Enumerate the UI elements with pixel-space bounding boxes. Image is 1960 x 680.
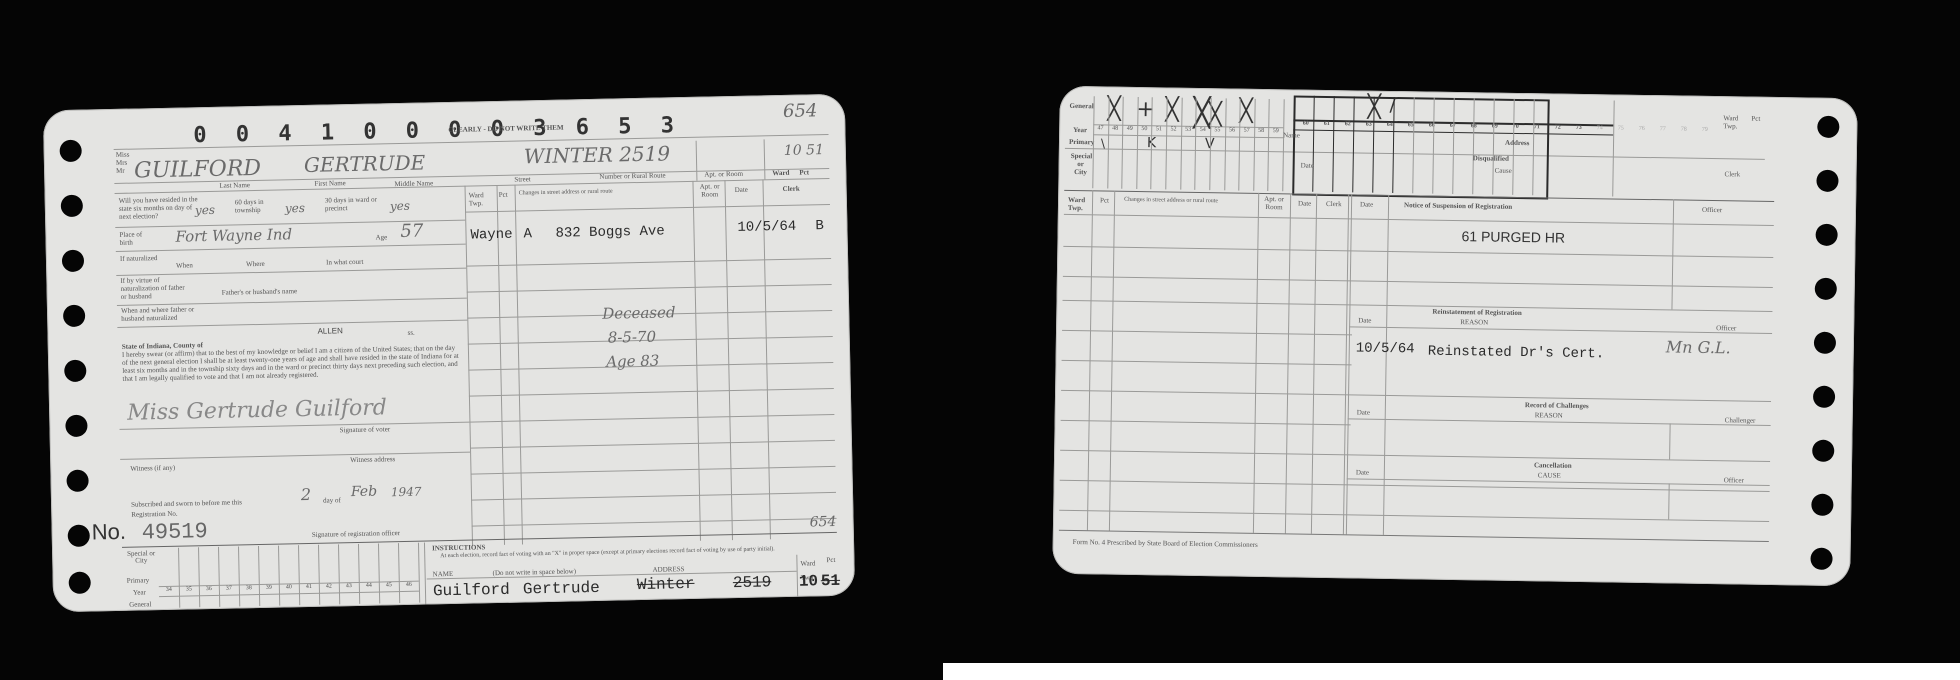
subscribed-label: Subscribed and sworn to before me this xyxy=(131,498,242,508)
divider xyxy=(238,546,240,606)
label-last-name: Last Name xyxy=(219,181,250,190)
divider xyxy=(424,543,426,605)
challenges-title: Record of Challenges xyxy=(1525,401,1589,410)
divider xyxy=(471,492,836,501)
label-apt: Apt. or Room xyxy=(704,170,743,179)
divider xyxy=(178,548,180,608)
divider xyxy=(1238,99,1240,191)
year-cell: 36 xyxy=(199,586,219,592)
punch-hole xyxy=(62,250,84,272)
court-label: In what court xyxy=(326,258,363,267)
divider xyxy=(1061,420,1351,426)
voting-history-grid: Special or City Primary Year General 34 … xyxy=(122,543,423,609)
year-cell: 78 xyxy=(1673,126,1694,132)
inner-label-name: Name xyxy=(1283,131,1300,139)
divider xyxy=(469,414,834,423)
cancellation-date-label: Date xyxy=(1356,468,1369,476)
col-suspension-officer: Officer xyxy=(1702,206,1722,214)
year-cell: 76 xyxy=(1631,126,1652,132)
registration-card-front: 0 0 4 1 0 0 0 0 3 6 5 3 CLEARLY - DO NOT… xyxy=(43,94,855,613)
subscribed-month: Feb xyxy=(351,484,378,501)
punch-hole xyxy=(63,305,85,327)
top-ward-label: Ward Twp. xyxy=(1723,114,1743,130)
ss-label: ss. xyxy=(407,329,414,337)
cancellation-cause-label: CAUSE xyxy=(1538,471,1561,479)
subscribed-day: 2 xyxy=(301,485,312,504)
where-label: Where xyxy=(246,260,265,268)
divider xyxy=(120,452,470,460)
year-cell: 66 xyxy=(1421,122,1442,128)
voting-record-grid: General Year Primary Special or City 47 … xyxy=(1064,96,1765,199)
form-note: Form No. 4 Prescribed by State Board of … xyxy=(1073,538,1258,549)
divider xyxy=(1063,276,1773,288)
year-cell: 50 xyxy=(1137,126,1152,132)
punch-hole xyxy=(1810,548,1832,570)
year-cell: 62 xyxy=(1337,121,1358,127)
year-cell: 44 xyxy=(359,583,379,589)
divider xyxy=(1121,97,1123,189)
year-cell: 41 xyxy=(299,584,319,590)
number-prefix: No. xyxy=(91,519,126,546)
year-cell: 70 xyxy=(1505,124,1526,130)
ward-pct-handwritten: 10 51 xyxy=(784,142,824,159)
divider xyxy=(418,543,420,603)
divider xyxy=(1060,480,1770,492)
naturalized-label: If naturalized xyxy=(120,254,164,263)
col-changes: Changes in street address or rural route xyxy=(519,189,613,197)
year-cell: 57 xyxy=(1239,128,1254,134)
year-cell: 34 xyxy=(159,587,179,593)
year-cell: 79 xyxy=(1694,127,1715,133)
punch-hole xyxy=(1811,494,1833,516)
challenges-date-label: Date xyxy=(1357,408,1370,416)
divider xyxy=(1060,450,1770,462)
row-date: 10/5/64 xyxy=(737,219,796,236)
year-cell: 40 xyxy=(279,584,299,590)
divider xyxy=(469,388,834,397)
divider xyxy=(258,546,260,606)
punch-hole xyxy=(61,195,83,217)
year-cell: 45 xyxy=(379,582,399,588)
divider xyxy=(724,180,733,540)
col-date: Date xyxy=(735,186,748,194)
divider xyxy=(764,139,766,179)
divider xyxy=(1253,99,1255,191)
divider xyxy=(1059,510,1769,522)
divider xyxy=(198,547,200,607)
divider xyxy=(338,544,340,604)
punch-hole xyxy=(1812,440,1834,462)
label-ward: Ward xyxy=(772,169,789,177)
age-label: Age xyxy=(375,233,387,241)
year-cell: 46 xyxy=(399,582,419,588)
divider xyxy=(1165,97,1167,189)
row-label-special: Special or City xyxy=(1070,152,1090,176)
days-township-answer: yes xyxy=(285,201,305,215)
corner-number: 654 xyxy=(783,100,818,122)
footer-street: Winter xyxy=(637,575,695,594)
divider xyxy=(1063,246,1773,258)
divider xyxy=(378,544,380,604)
footer-pct: 51 xyxy=(821,572,841,590)
divider xyxy=(1062,330,1352,336)
residence-question: Will you have resided in the state six m… xyxy=(119,195,204,221)
year-cell: 51 xyxy=(1152,126,1167,132)
corner-mark: 654 xyxy=(809,514,836,531)
punch-hole xyxy=(1813,386,1835,408)
virtue-label: If by virtue of naturalization of father… xyxy=(120,275,190,300)
divider xyxy=(1669,423,1671,459)
year-cell: 38 xyxy=(239,585,259,591)
year-cell: 74 xyxy=(1589,125,1610,131)
punch-hole xyxy=(1815,224,1837,246)
punch-hole xyxy=(59,140,81,162)
divider xyxy=(1136,97,1138,189)
signature-label: Signature of voter xyxy=(340,425,391,434)
year-cell: 49 xyxy=(1122,126,1137,132)
inner-label-address: Address xyxy=(1505,139,1530,147)
row-label-special: Special or City xyxy=(126,550,156,565)
scan-artifact xyxy=(943,663,1960,680)
year-cell: 58 xyxy=(1254,128,1269,134)
year-cell: 65 xyxy=(1400,122,1421,128)
row-label-year: Year xyxy=(1073,126,1087,134)
divider xyxy=(1180,98,1182,190)
col-ward: Ward Twp. xyxy=(1068,196,1090,212)
row-label-general: General xyxy=(129,600,151,608)
officer-signature-label: Signature of registration officer xyxy=(312,529,400,539)
divider xyxy=(692,181,701,541)
divider xyxy=(1349,326,1772,334)
divider xyxy=(465,204,830,213)
footer-number: 2519 xyxy=(733,573,772,592)
year-cell: 43 xyxy=(339,583,359,589)
col-pct: Pct xyxy=(1100,196,1109,204)
divider xyxy=(1668,483,1670,519)
subscribed-year: 1947 xyxy=(391,485,422,500)
divider xyxy=(1194,98,1196,190)
inner-label-clerk: Clerk xyxy=(1725,170,1741,178)
col-suspension-date: Date xyxy=(1360,200,1373,208)
row-pct: A xyxy=(523,226,532,242)
divider xyxy=(696,141,698,181)
year-cell: 71 xyxy=(1526,124,1547,130)
divider xyxy=(472,518,837,527)
col-apt: Apt. or Room xyxy=(1262,195,1286,211)
inner-label-disqualified: Disqualified xyxy=(1473,154,1509,163)
year-cell: 72 xyxy=(1547,124,1568,130)
divider xyxy=(467,284,832,293)
label-first-name: First Name xyxy=(314,179,345,188)
row-label-year: Year xyxy=(133,588,146,596)
divider xyxy=(218,547,220,607)
divider xyxy=(1107,97,1109,189)
deceased-date: 8-5-70 xyxy=(608,328,657,347)
instructions-text: At each election, record fact of voting … xyxy=(440,544,810,560)
footer-first-name: Gertrude xyxy=(523,579,600,599)
when-label: When xyxy=(176,261,193,269)
reinstatement-title: Reinstatement of Registration xyxy=(1432,308,1522,317)
divider xyxy=(358,544,360,604)
punch-hole xyxy=(1816,170,1838,192)
row-label-general: General xyxy=(1070,102,1094,110)
reinstatement-officer: Mn G.L. xyxy=(1666,337,1731,357)
divider xyxy=(298,545,300,605)
days-township-label: 60 days in township xyxy=(235,197,285,214)
punch-hole xyxy=(1817,116,1839,138)
challenges-reason-label: REASON xyxy=(1535,411,1563,419)
punch-hole xyxy=(69,572,91,594)
col-ward: Ward Twp. xyxy=(469,191,495,208)
year-cell: 64 xyxy=(1379,122,1400,128)
divider xyxy=(1282,99,1284,191)
year-cell: 63 xyxy=(1358,121,1379,127)
col-changes: Changes in street address or rural route xyxy=(1124,197,1218,204)
county-value: ALLEN xyxy=(317,326,343,336)
cancellation-title: Cancellation xyxy=(1534,461,1572,470)
row-ward: Wayne xyxy=(470,227,512,244)
divider xyxy=(1064,214,1774,226)
year-cell: 56 xyxy=(1225,127,1240,133)
punch-hole xyxy=(65,415,87,437)
divider xyxy=(398,543,400,603)
col-clerk: Clerk xyxy=(1326,200,1342,208)
year-cell: 55 xyxy=(1210,127,1225,133)
col-clerk: Clerk xyxy=(783,185,800,193)
label-pct: Pct xyxy=(799,168,809,176)
residence-answer: yes xyxy=(195,203,215,217)
deceased-note: Deceased xyxy=(602,303,676,323)
divider xyxy=(1612,100,1615,196)
punch-hole xyxy=(68,525,90,547)
divider xyxy=(471,466,836,475)
father-label: Father's or husband's name xyxy=(222,287,298,297)
deceased-age: Age 83 xyxy=(606,352,660,371)
day-of-label: day of xyxy=(323,496,341,504)
registration-number: 49519 xyxy=(141,519,208,545)
witness-label: Witness (if any) xyxy=(130,464,175,473)
suspension-entry: 61 PURGED HR xyxy=(1461,228,1565,246)
footer-pct-label: Pct xyxy=(826,556,835,564)
birth-value: Fort Wayne Ind xyxy=(175,225,292,245)
row-label-primary: Primary xyxy=(127,576,150,584)
reinstatement-date: 10/5/64 xyxy=(1356,340,1415,357)
year-cell: 35 xyxy=(179,586,199,592)
divider xyxy=(116,268,466,276)
year-cell: 69 xyxy=(1484,123,1505,129)
year-cell: 47 xyxy=(1093,125,1108,131)
year-cell: 52 xyxy=(1166,126,1181,132)
divider xyxy=(1267,99,1269,191)
divider xyxy=(1092,96,1094,188)
inner-label-date: Date xyxy=(1301,162,1314,170)
divider xyxy=(1062,360,1352,366)
days-ward-answer: yes xyxy=(390,199,410,213)
divider xyxy=(514,185,523,545)
reinstatement-reason-label: REASON xyxy=(1460,318,1488,326)
oath-text: I hereby swear (or affirm) that to the b… xyxy=(122,344,463,383)
footer-ward: 10 xyxy=(799,572,819,590)
punch-hole xyxy=(1815,278,1837,300)
primary-mark-icon: \ xyxy=(1101,136,1105,150)
col-apt: Apt. or Room xyxy=(696,182,722,199)
row-address: 832 Boggs Ave xyxy=(555,223,665,241)
row-label-primary: Primary xyxy=(1069,138,1094,146)
voter-signature: Miss Gertrude Guilford xyxy=(127,395,387,425)
top-pct-label: Pct xyxy=(1751,115,1760,123)
age-value: 57 xyxy=(400,221,423,242)
label-number: Number or Rural Route xyxy=(599,171,665,180)
witness-address-label: Witness address xyxy=(350,455,395,464)
row-clerk: B xyxy=(815,218,824,234)
reinstatement-reason: Reinstated Dr's Cert. xyxy=(1428,344,1605,363)
divider xyxy=(278,546,280,606)
divider xyxy=(470,440,835,449)
year-cell: 73 xyxy=(1568,125,1589,131)
when-where-label: When and where father or husband natural… xyxy=(121,305,211,323)
footer-last-name: Guilford xyxy=(433,581,510,601)
divider xyxy=(1061,390,1771,402)
year-cell: 42 xyxy=(319,583,339,589)
label-street: Street xyxy=(514,175,530,183)
col-suspension-notice: Notice of Suspension of Registration xyxy=(1404,201,1512,211)
year-cell: 37 xyxy=(219,585,239,591)
street-handwritten: WINTER 2519 xyxy=(524,141,671,168)
divider xyxy=(466,258,831,267)
col-pct: Pct xyxy=(499,191,508,199)
voting-record-box xyxy=(1292,95,1550,199)
year-cell: 77 xyxy=(1652,126,1673,132)
days-ward-label: 30 days in ward or precinct xyxy=(325,195,385,212)
divider xyxy=(318,545,320,605)
punch-hole xyxy=(66,470,88,492)
divider xyxy=(1224,98,1226,190)
divider xyxy=(116,244,466,252)
birth-label: Place of birth xyxy=(119,230,155,247)
year-cell: 39 xyxy=(259,585,279,591)
year-cell: 59 xyxy=(1268,128,1283,134)
reinstatement-date-label: Date xyxy=(1358,316,1371,324)
first-name: GERTRUDE xyxy=(304,150,426,177)
divider xyxy=(1063,300,1773,312)
punch-hole xyxy=(64,360,86,382)
inner-label-cause: Cause xyxy=(1495,167,1512,175)
punch-hole xyxy=(1814,332,1836,354)
registration-label: Registration No. xyxy=(131,510,177,519)
registration-card-back: General Year Primary Special or City 47 … xyxy=(1052,86,1858,586)
year-cell: 48 xyxy=(1108,126,1123,132)
col-date: Date xyxy=(1298,200,1311,208)
vote-mark-icon: ╳ xyxy=(1239,99,1253,124)
